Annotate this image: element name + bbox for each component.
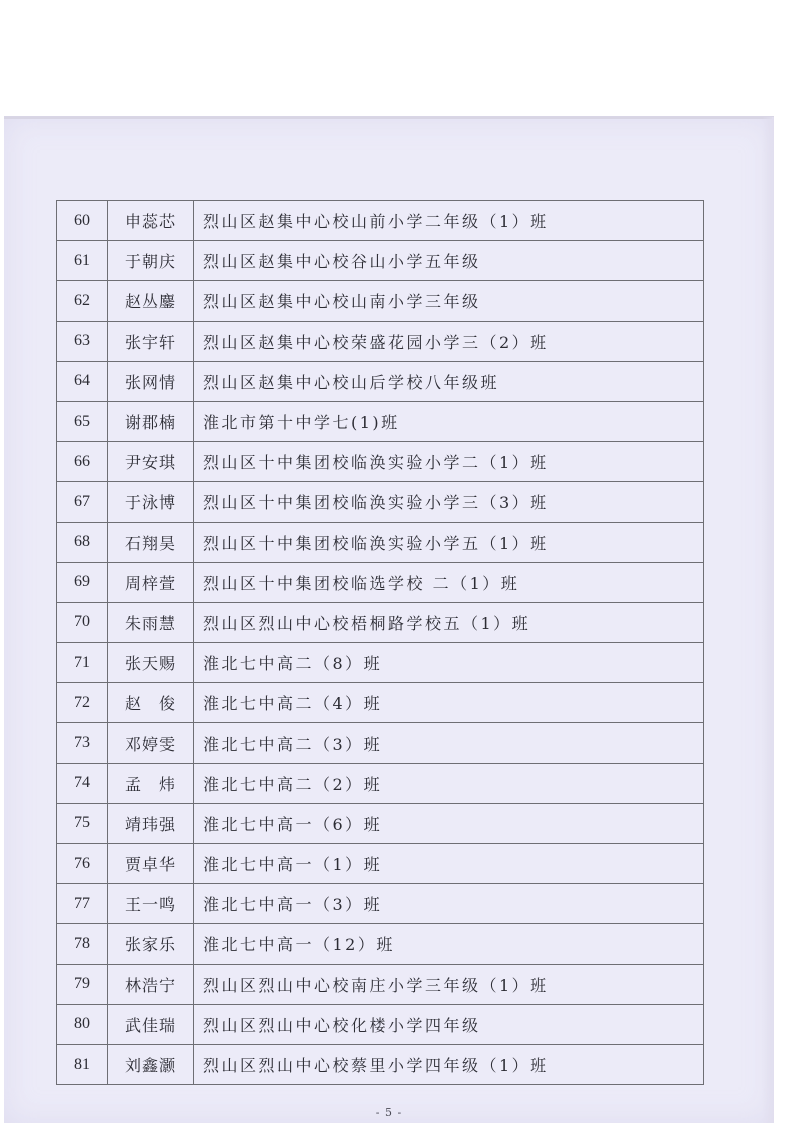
school-class: 淮北七中高一（3）班 xyxy=(194,884,704,924)
row-number: 79 xyxy=(57,964,108,1004)
student-name: 贾卓华 xyxy=(108,844,194,884)
row-number: 76 xyxy=(57,844,108,884)
row-number: 68 xyxy=(57,522,108,562)
row-number: 65 xyxy=(57,401,108,441)
row-number: 61 xyxy=(57,241,108,281)
table-row: 68 石翔昊 烈山区十中集团校临涣实验小学五（1）班 xyxy=(57,522,704,562)
row-number: 66 xyxy=(57,442,108,482)
row-number: 69 xyxy=(57,562,108,602)
row-number: 77 xyxy=(57,884,108,924)
school-class: 淮北七中高二（2）班 xyxy=(194,763,704,803)
table-row: 69 周梓萱 烈山区十中集团校临选学校 二（1）班 xyxy=(57,562,704,602)
row-number: 74 xyxy=(57,763,108,803)
row-number: 80 xyxy=(57,1004,108,1044)
table-row: 81 刘鑫灏 烈山区烈山中心校蔡里小学四年级（1）班 xyxy=(57,1044,704,1084)
table-row: 73 邓婷雯 淮北七中高二（3）班 xyxy=(57,723,704,763)
student-name: 石翔昊 xyxy=(108,522,194,562)
table-row: 67 于泳博 烈山区十中集团校临涣实验小学三（3）班 xyxy=(57,482,704,522)
row-number: 78 xyxy=(57,924,108,964)
school-class: 淮北七中高二（4）班 xyxy=(194,683,704,723)
student-name: 赵 俊 xyxy=(108,683,194,723)
table-row: 63 张宇轩 烈山区赵集中心校荣盛花园小学三（2）班 xyxy=(57,321,704,361)
table-row: 72 赵 俊 淮北七中高二（4）班 xyxy=(57,683,704,723)
student-name: 于朝庆 xyxy=(108,241,194,281)
table-row: 79 林浩宁 烈山区烈山中心校南庄小学三年级（1）班 xyxy=(57,964,704,1004)
school-class: 烈山区赵集中心校荣盛花园小学三（2）班 xyxy=(194,321,704,361)
student-name: 于泳博 xyxy=(108,482,194,522)
page-top-edge xyxy=(4,117,772,119)
row-number: 60 xyxy=(57,201,108,241)
table-row: 60 申蕊芯 烈山区赵集中心校山前小学二年级（1）班 xyxy=(57,201,704,241)
school-class: 烈山区赵集中心校山后学校八年级班 xyxy=(194,361,704,401)
table-row: 77 王一鸣 淮北七中高一（3）班 xyxy=(57,884,704,924)
row-number: 73 xyxy=(57,723,108,763)
table-row: 62 赵丛鏖 烈山区赵集中心校山南小学三年级 xyxy=(57,281,704,321)
school-class: 淮北七中高一（1）班 xyxy=(194,844,704,884)
row-number: 64 xyxy=(57,361,108,401)
student-name: 林浩宁 xyxy=(108,964,194,1004)
row-number: 81 xyxy=(57,1044,108,1084)
school-class: 烈山区赵集中心校山南小学三年级 xyxy=(194,281,704,321)
student-name: 申蕊芯 xyxy=(108,201,194,241)
student-name: 张网情 xyxy=(108,361,194,401)
student-name: 尹安琪 xyxy=(108,442,194,482)
student-name: 邓婷雯 xyxy=(108,723,194,763)
student-roster-table: 60 申蕊芯 烈山区赵集中心校山前小学二年级（1）班 61 于朝庆 烈山区赵集中… xyxy=(56,200,704,1085)
table-row: 70 朱雨慧 烈山区烈山中心校梧桐路学校五（1）班 xyxy=(57,602,704,642)
school-class: 淮北市第十中学七(1)班 xyxy=(194,401,704,441)
school-class: 烈山区十中集团校临涣实验小学二（1）班 xyxy=(194,442,704,482)
student-name: 刘鑫灏 xyxy=(108,1044,194,1084)
school-class: 烈山区赵集中心校谷山小学五年级 xyxy=(194,241,704,281)
school-class: 淮北七中高二（8）班 xyxy=(194,643,704,683)
page-number: - 5 - xyxy=(4,1106,774,1119)
table-row: 65 谢郡楠 淮北市第十中学七(1)班 xyxy=(57,401,704,441)
table-row: 61 于朝庆 烈山区赵集中心校谷山小学五年级 xyxy=(57,241,704,281)
scanned-page: 60 申蕊芯 烈山区赵集中心校山前小学二年级（1）班 61 于朝庆 烈山区赵集中… xyxy=(4,116,774,1122)
table-row: 66 尹安琪 烈山区十中集团校临涣实验小学二（1）班 xyxy=(57,442,704,482)
school-class: 烈山区十中集团校临涣实验小学三（3）班 xyxy=(194,482,704,522)
table-row: 74 孟 炜 淮北七中高二（2）班 xyxy=(57,763,704,803)
row-number: 72 xyxy=(57,683,108,723)
student-name: 朱雨慧 xyxy=(108,602,194,642)
table-row: 75 靖玮强 淮北七中高一（6）班 xyxy=(57,803,704,843)
school-class: 淮北七中高一（12）班 xyxy=(194,924,704,964)
student-name: 周梓萱 xyxy=(108,562,194,602)
student-name: 王一鸣 xyxy=(108,884,194,924)
school-class: 淮北七中高二（3）班 xyxy=(194,723,704,763)
school-class: 烈山区十中集团校临选学校 二（1）班 xyxy=(194,562,704,602)
row-number: 71 xyxy=(57,643,108,683)
row-number: 70 xyxy=(57,602,108,642)
student-name: 张天赐 xyxy=(108,643,194,683)
table-row: 80 武佳瑞 烈山区烈山中心校化楼小学四年级 xyxy=(57,1004,704,1044)
page-right-shadow xyxy=(762,117,774,1122)
row-number: 62 xyxy=(57,281,108,321)
school-class: 烈山区烈山中心校化楼小学四年级 xyxy=(194,1004,704,1044)
school-class: 烈山区十中集团校临涣实验小学五（1）班 xyxy=(194,522,704,562)
student-name: 谢郡楠 xyxy=(108,401,194,441)
table-row: 78 张家乐 淮北七中高一（12）班 xyxy=(57,924,704,964)
school-class: 烈山区烈山中心校南庄小学三年级（1）班 xyxy=(194,964,704,1004)
student-name: 武佳瑞 xyxy=(108,1004,194,1044)
student-name: 孟 炜 xyxy=(108,763,194,803)
school-class: 烈山区烈山中心校梧桐路学校五（1）班 xyxy=(194,602,704,642)
student-name: 张宇轩 xyxy=(108,321,194,361)
student-name: 靖玮强 xyxy=(108,803,194,843)
school-class: 淮北七中高一（6）班 xyxy=(194,803,704,843)
school-class: 烈山区烈山中心校蔡里小学四年级（1）班 xyxy=(194,1044,704,1084)
table-row: 76 贾卓华 淮北七中高一（1）班 xyxy=(57,844,704,884)
student-name: 张家乐 xyxy=(108,924,194,964)
row-number: 63 xyxy=(57,321,108,361)
table-row: 64 张网情 烈山区赵集中心校山后学校八年级班 xyxy=(57,361,704,401)
row-number: 67 xyxy=(57,482,108,522)
school-class: 烈山区赵集中心校山前小学二年级（1）班 xyxy=(194,201,704,241)
roster-body: 60 申蕊芯 烈山区赵集中心校山前小学二年级（1）班 61 于朝庆 烈山区赵集中… xyxy=(57,201,704,1085)
student-name: 赵丛鏖 xyxy=(108,281,194,321)
table-row: 71 张天赐 淮北七中高二（8）班 xyxy=(57,643,704,683)
row-number: 75 xyxy=(57,803,108,843)
